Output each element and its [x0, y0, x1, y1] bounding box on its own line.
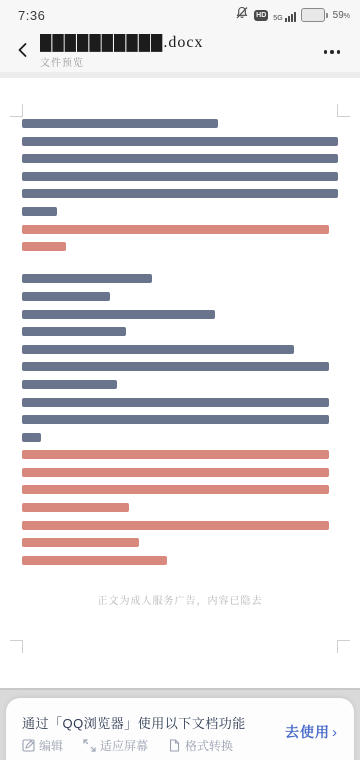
page-margin-mark: [337, 640, 350, 653]
doc-text-line: [22, 172, 338, 187]
network-type-label: 5G: [273, 15, 282, 22]
fit-screen-icon: [83, 739, 96, 752]
toolbar-action-1[interactable]: 适应屏幕: [83, 737, 148, 754]
doc-text-line: [22, 556, 338, 571]
doc-text-line: [22, 345, 338, 360]
doc-text-line: [22, 450, 338, 465]
doc-text-line: [22, 257, 338, 272]
status-icons: HD 5G 59%: [235, 0, 350, 30]
doc-text-line: [22, 189, 338, 204]
doc-text-line: [22, 415, 338, 430]
signal-bars-icon: 5G: [273, 8, 295, 22]
page-edge: [0, 688, 360, 690]
document-title: ██████████.docx: [40, 34, 304, 52]
doc-text-line: [22, 538, 338, 553]
doc-text-line: [22, 485, 338, 500]
doc-text-line: [22, 137, 338, 152]
doc-lines: [22, 119, 338, 570]
toolbar-action-2[interactable]: 格式转换: [168, 737, 233, 754]
file-preview-header: ██████████.docx 文件预览: [0, 30, 360, 72]
more-menu-icon[interactable]: [318, 42, 346, 62]
toolbar-action-0[interactable]: 编辑: [22, 737, 63, 754]
toolbar-headline: 通过「QQ浏览器」使用以下文档功能: [22, 713, 246, 732]
battery-icon: [301, 8, 328, 22]
toolbar-action-label: 适应屏幕: [100, 737, 148, 754]
page-margin-mark: [337, 104, 350, 117]
doc-text-line: [22, 310, 338, 325]
toolbar-action-label: 编辑: [39, 737, 63, 754]
chevron-left-icon: [14, 41, 32, 64]
document-subtitle: 文件预览: [40, 54, 304, 69]
document-page[interactable]: 正文为成人服务广告，内容已隐去: [0, 78, 360, 688]
hd-badge: HD: [254, 10, 268, 21]
back-button[interactable]: [10, 39, 36, 65]
doc-text-line: [22, 362, 338, 377]
doc-text-line: [22, 503, 338, 518]
doc-text-line: [22, 327, 338, 342]
toolbar-actions: 编辑适应屏幕格式转换: [22, 737, 233, 754]
status-time: 7:36: [18, 8, 45, 23]
qq-browser-toolbar: 通过「QQ浏览器」使用以下文档功能 编辑适应屏幕格式转换 去使用›: [6, 698, 354, 760]
doc-text-line: [22, 521, 338, 536]
chevron-right-icon: ›: [332, 724, 338, 741]
doc-text-line: [22, 468, 338, 483]
toolbar-action-label: 格式转换: [185, 737, 233, 754]
doc-text-line: [22, 154, 338, 169]
redaction-note: 正文为成人服务广告，内容已隐去: [22, 592, 338, 607]
page-margin-mark: [10, 640, 23, 653]
edit-icon: [22, 739, 35, 752]
doc-text-line: [22, 274, 338, 289]
doc-text-line: [22, 242, 338, 257]
doc-text-line: [22, 225, 338, 240]
status-bar: 7:36 HD 5G 59%: [0, 0, 360, 30]
doc-text-line: [22, 398, 338, 413]
bottom-bar-area: 通过「QQ浏览器」使用以下文档功能 编辑适应屏幕格式转换 去使用›: [0, 688, 360, 760]
title-block: ██████████.docx 文件预览: [40, 34, 304, 69]
doc-text-line: [22, 380, 338, 395]
battery-percent: 59%: [333, 10, 350, 21]
format-convert-icon: [168, 739, 181, 752]
doc-text-line: [22, 207, 338, 222]
document-body: 正文为成人服务广告，内容已隐去: [22, 116, 338, 607]
phone-screen: 7:36 HD 5G 59%: [0, 0, 360, 760]
mute-bell-icon: [235, 6, 249, 25]
doc-text-line: [22, 119, 338, 134]
use-now-button[interactable]: 去使用›: [285, 722, 338, 742]
doc-text-line: [22, 292, 338, 307]
doc-text-line: [22, 433, 338, 448]
